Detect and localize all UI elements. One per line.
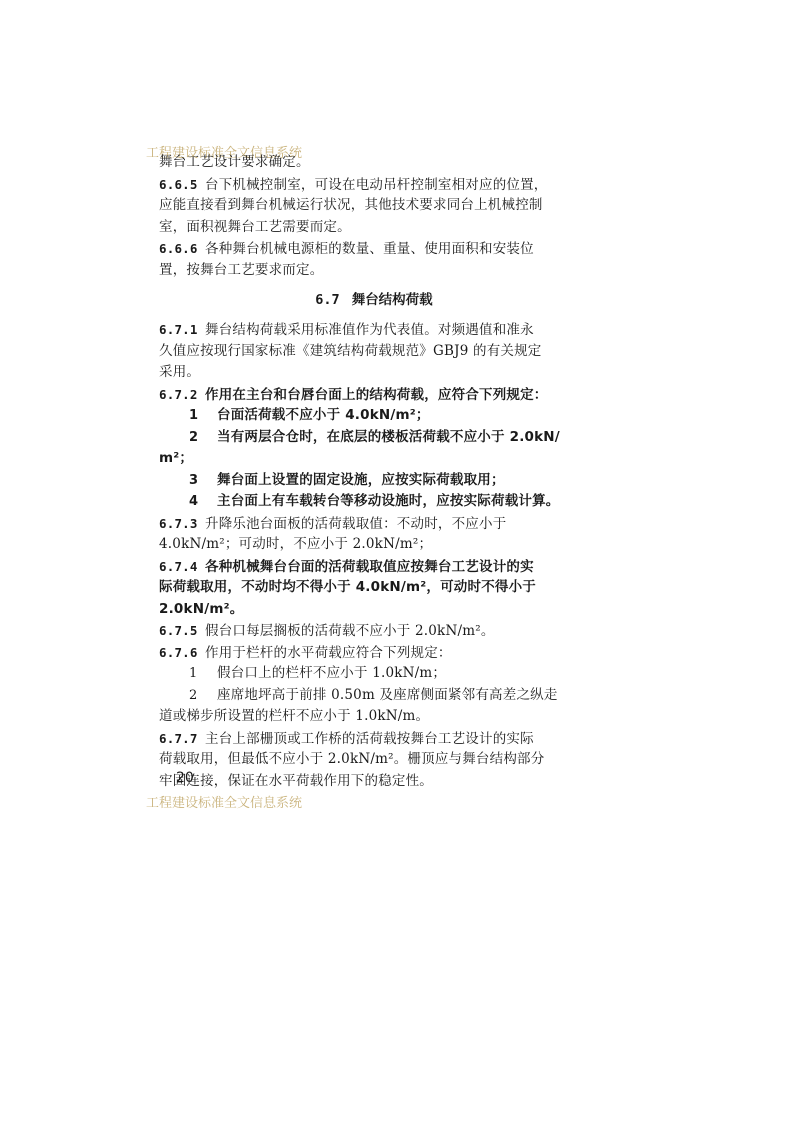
text-line: 2.0kN/m²。	[159, 599, 559, 621]
clause-6-6-5-line-1: 6.6.5台下机械控制室，可设在电动吊杆控制室相对应的位置，	[159, 174, 559, 196]
clause-6-7-3-line-1: 6.7.3升降乐池台面板的活荷载取值：不动时，不应小于	[159, 513, 559, 535]
clause-6-7-6-line-1: 6.7.6作用于栏杆的水平荷载应符合下列规定：	[159, 642, 559, 664]
text-line: 牢固连接，保证在水平荷载作用下的稳定性。	[159, 771, 559, 793]
item-number: 4	[159, 491, 217, 513]
clause-text: 主台上部栅顶或工作桥的活荷载按舞台工艺设计的实际	[205, 731, 534, 747]
clause-text: 升降乐池台面板的活荷载取值：不动时，不应小于	[205, 516, 506, 532]
item-number: 1	[159, 663, 217, 685]
item-number: 2	[159, 427, 217, 449]
clause-6-7-1-line-1: 6.7.1舞台结构荷载采用标准值作为代表值。对频遇值和准永	[159, 319, 559, 341]
clause-text: 台下机械控制室，可设在电动吊杆控制室相对应的位置，	[205, 177, 548, 193]
item-number: 2	[159, 685, 217, 707]
item-text: 假台口上的栏杆不应小于 1.0kN/m；	[217, 665, 446, 681]
item-text: 台面活荷载不应小于 4.0kN/m²；	[217, 407, 430, 423]
item-text: 座席地坪高于前排 0.50m 及座席侧面紧邻有高差之纵走	[217, 687, 558, 703]
text-line: 应能直接看到舞台机械运行状况，其他技术要求同台上机械控制	[159, 195, 559, 217]
section-number: 6.7	[315, 292, 339, 308]
document-page: 舞台工艺设计要求确定。 6.6.5台下机械控制室，可设在电动吊杆控制室相对应的位…	[159, 152, 559, 792]
item-text: 当有两层合仓时，在底层的楼板活荷载不应小于 2.0kN/	[217, 429, 560, 445]
clause-text: 作用在主台和台唇台面上的结构荷载，应符合下列规定：	[205, 387, 548, 403]
clause-number: 6.7.1	[159, 319, 205, 341]
text-line: 采用。	[159, 362, 559, 384]
page-number: 20	[176, 770, 194, 786]
list-item: 3舞台面上设置的固定设施，应按实际荷载取用；	[159, 470, 559, 492]
clause-number: 6.7.7	[159, 728, 205, 750]
clause-text: 假台口每层搁板的活荷载不应小于 2.0kN/m²。	[205, 623, 495, 639]
clause-6-7-2-line-1: 6.7.2作用在主台和台唇台面上的结构荷载，应符合下列规定：	[159, 384, 559, 406]
clause-text: 各种舞台机械电源柜的数量、重量、使用面积和安装位	[205, 241, 534, 257]
clause-number: 6.7.4	[159, 556, 205, 578]
clause-6-7-4-line-1: 6.7.4各种机械舞台台面的活荷载取值应按舞台工艺设计的实	[159, 556, 559, 578]
item-text: 舞台面上设置的固定设施，应按实际荷载取用；	[217, 472, 505, 488]
text-line: 荷载取用，但最低不应小于 2.0kN/m²。栅顶应与舞台结构部分	[159, 749, 559, 771]
clause-number: 6.6.6	[159, 238, 205, 260]
text-line: 置，按舞台工艺要求而定。	[159, 260, 559, 282]
text-line: 4.0kN/m²；可动时，不应小于 2.0kN/m²；	[159, 534, 559, 556]
section-heading: 6.7舞台结构荷载	[159, 281, 559, 319]
list-item: 2当有两层合仓时，在底层的楼板活荷载不应小于 2.0kN/	[159, 427, 559, 449]
item-number: 1	[159, 405, 217, 427]
clause-text: 作用于栏杆的水平荷载应符合下列规定：	[205, 645, 452, 661]
clause-6-6-6-line-1: 6.6.6各种舞台机械电源柜的数量、重量、使用面积和安装位	[159, 238, 559, 260]
text-line: 室，面积视舞台工艺需要而定。	[159, 217, 559, 239]
clause-number: 6.7.5	[159, 620, 205, 642]
list-item: 1台面活荷载不应小于 4.0kN/m²；	[159, 405, 559, 427]
clause-number: 6.7.2	[159, 384, 205, 406]
text-line: 际荷载取用，不动时均不得小于 4.0kN/m²，可动时不得小于	[159, 577, 559, 599]
item-text: 主台面上有车载转台等移动设施时，应按实际荷载计算。	[217, 493, 560, 509]
text-line: 久值应按现行国家标准《建筑结构荷载规范》GBJ9 的有关规定	[159, 341, 559, 363]
clause-number: 6.7.6	[159, 642, 205, 664]
clause-number: 6.7.3	[159, 513, 205, 535]
clause-text: 各种机械舞台台面的活荷载取值应按舞台工艺设计的实	[205, 559, 534, 575]
watermark-bottom: 工程建设标准全文信息系统	[146, 792, 302, 811]
text-line: 舞台工艺设计要求确定。	[159, 152, 559, 174]
clause-6-7-7-line-1: 6.7.7主台上部栅顶或工作桥的活荷载按舞台工艺设计的实际	[159, 728, 559, 750]
item-number: 3	[159, 470, 217, 492]
clause-text: 舞台结构荷载采用标准值作为代表值。对频遇值和准永	[205, 322, 534, 338]
list-item: 1假台口上的栏杆不应小于 1.0kN/m；	[159, 663, 559, 685]
list-item: 2座席地坪高于前排 0.50m 及座席侧面紧邻有高差之纵走	[159, 685, 559, 707]
clause-number: 6.6.5	[159, 174, 205, 196]
list-item-continuation: m²；	[159, 448, 559, 470]
clause-6-7-5-line-1: 6.7.5假台口每层搁板的活荷载不应小于 2.0kN/m²。	[159, 620, 559, 642]
list-item-continuation: 道或梯步所设置的栏杆不应小于 1.0kN/m。	[159, 706, 559, 728]
list-item: 4主台面上有车载转台等移动设施时，应按实际荷载计算。	[159, 491, 559, 513]
section-title: 舞台结构荷载	[352, 292, 433, 308]
